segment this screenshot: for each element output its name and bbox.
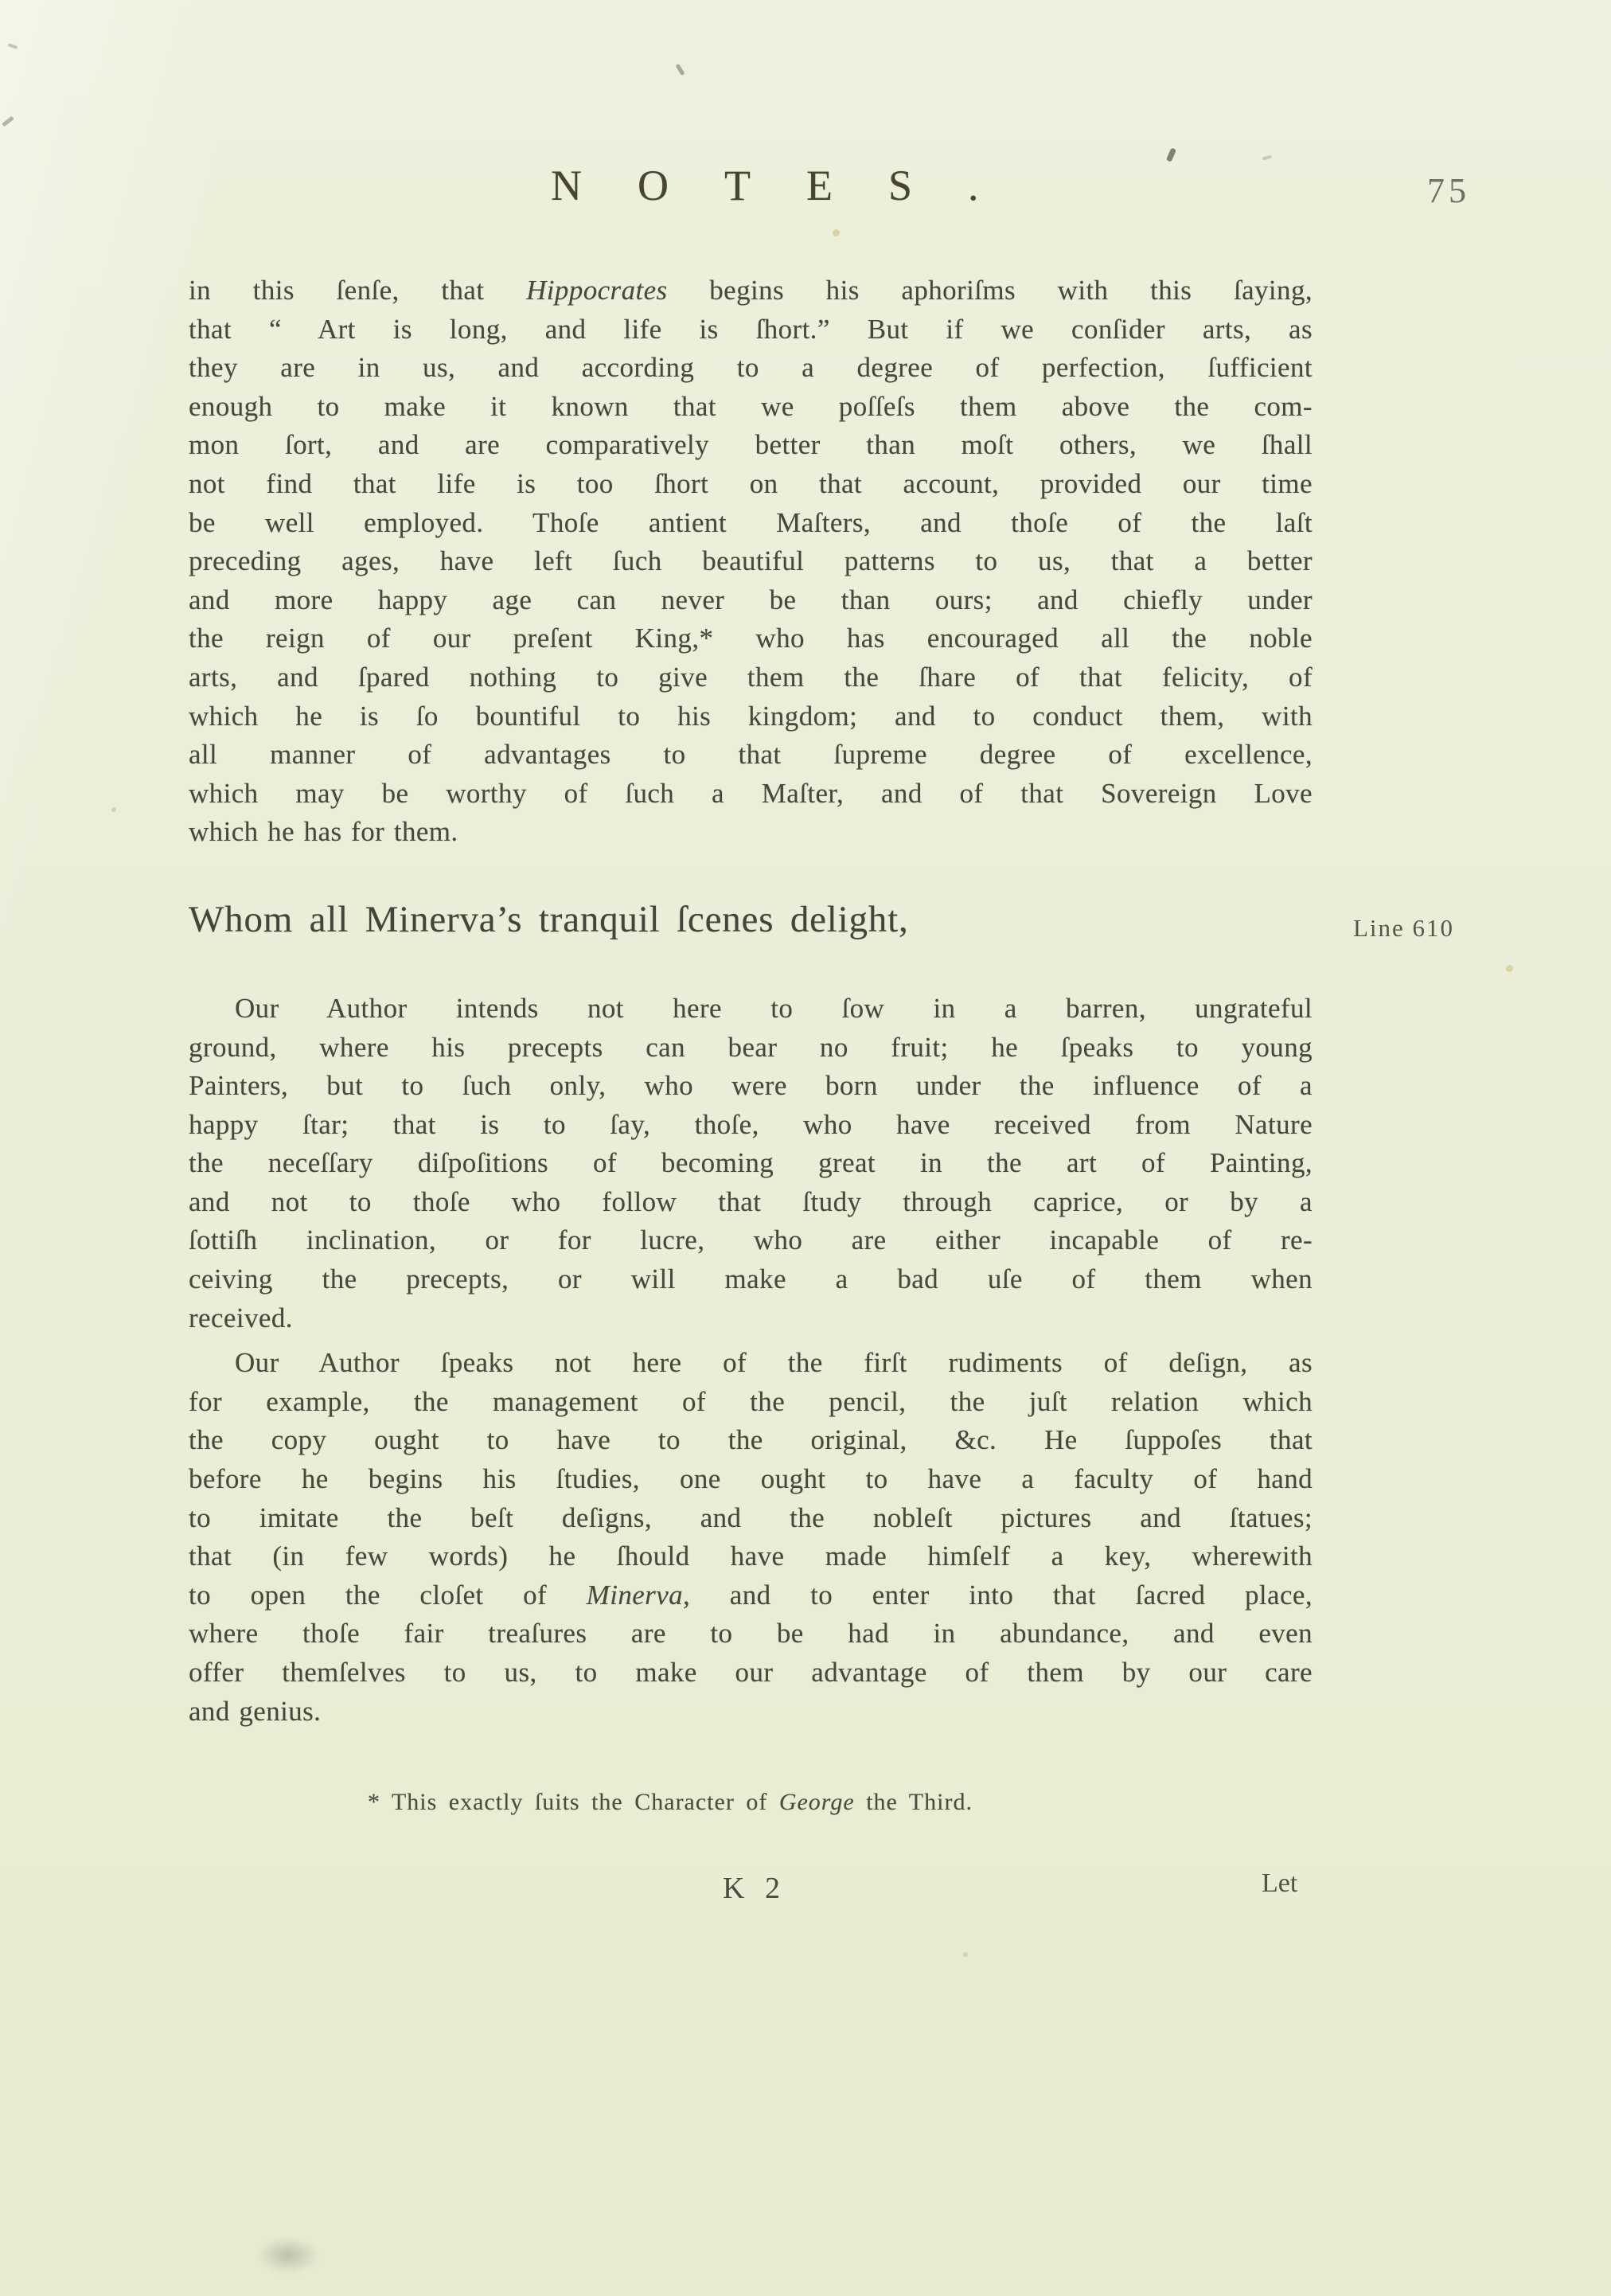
text-line: enough to make it known that we poſſeſs … xyxy=(189,388,1313,427)
paper-speck xyxy=(1262,155,1273,161)
text-line: ſottiſh inclination, or for lucre, who a… xyxy=(189,1221,1313,1260)
text-line: arts, and ſpared nothing to give them th… xyxy=(189,658,1313,697)
paper-speck xyxy=(833,229,840,236)
text-line: mon ſort, and are comparatively better t… xyxy=(189,426,1313,465)
page-number: 75 xyxy=(1427,170,1470,211)
text-line: preceding ages, have left ſuch beautiful… xyxy=(189,542,1313,581)
paragraph-3: Our Author ſpeaks not here of the firſt … xyxy=(189,1344,1313,1731)
text-line: where thoſe fair treaſures are to be had… xyxy=(189,1615,1313,1654)
page-header-title: NOTES. xyxy=(551,161,1035,210)
text-line: ground, where his precepts can bear no f… xyxy=(189,1029,1313,1068)
text-line: to open the cloſet of Minerva, and to en… xyxy=(189,1576,1313,1615)
text-line: happy ſtar; that is to ſay, thoſe, who h… xyxy=(189,1106,1313,1145)
text-line: Our Author intends not here to ſow in a … xyxy=(189,990,1313,1029)
text-line: Our Author ſpeaks not here of the firſt … xyxy=(189,1344,1313,1383)
text-line: be well employed. Thoſe antient Maſters,… xyxy=(189,504,1313,543)
text-line: which he has for them. xyxy=(189,813,1313,852)
text-line: received. xyxy=(189,1299,1313,1338)
text-line: the neceſſary diſpoſitions of becoming g… xyxy=(189,1144,1313,1183)
paper-speck xyxy=(111,807,116,812)
paper-speck xyxy=(1166,147,1176,162)
text-line: that “ Art is long, and life is ſhort.” … xyxy=(189,310,1313,349)
text-line: and genius. xyxy=(189,1693,1313,1732)
paper-speck xyxy=(8,43,18,49)
text-line: for example, the management of the penci… xyxy=(189,1383,1313,1422)
text-line: the copy ought to have to the original, … xyxy=(189,1421,1313,1460)
text-line: and more happy age can never be than our… xyxy=(189,581,1313,620)
book-page: NOTES. 75 Line 610 in this ſenſe, that H… xyxy=(0,0,1611,2296)
text-line: offer themſelves to us, to make our adva… xyxy=(189,1654,1313,1693)
text-line: ceiving the precepts, or will make a bad… xyxy=(189,1260,1313,1299)
text-line: to imitate the beſt deſigns, and the nob… xyxy=(189,1499,1313,1538)
signature-mark: K 2 xyxy=(723,1871,780,1906)
footnote: * This exactly ſuits the Character of Ge… xyxy=(189,1786,1313,1818)
paragraph-1: in this ſenſe, that Hippocrates begins h… xyxy=(189,271,1313,852)
paragraph-2: Our Author intends not here to ſow in a … xyxy=(189,990,1313,1337)
text-line: which he is ſo bountiful to his kingdom;… xyxy=(189,697,1313,736)
text-column: in this ſenſe, that Hippocrates begins h… xyxy=(189,271,1313,1818)
text-line: which may be worthy of ſuch a Maſter, an… xyxy=(189,775,1313,814)
paper-smudge xyxy=(256,2237,320,2274)
text-line: in this ſenſe, that Hippocrates begins h… xyxy=(189,271,1313,310)
catchword: Let xyxy=(1262,1868,1297,1899)
text-line: all manner of advantages to that ſupreme… xyxy=(189,736,1313,775)
paper-speck xyxy=(1506,965,1513,972)
text-line: they are in us, and according to a degre… xyxy=(189,349,1313,388)
text-line: Painters, but to ſuch only, who were bor… xyxy=(189,1067,1313,1106)
text-line: the reign of our preſent King,* who has … xyxy=(189,619,1313,658)
quote-heading: Whom all Minerva’s tranquil ſcenes delig… xyxy=(189,896,1313,943)
paper-speck xyxy=(2,116,14,127)
text-line: * This exactly ſuits the Character of Ge… xyxy=(368,1786,1313,1818)
margin-line-reference: Line 610 xyxy=(1353,914,1454,943)
text-line: not find that life is too ſhort on that … xyxy=(189,465,1313,504)
text-line: and not to thoſe who follow that ſtudy t… xyxy=(189,1183,1313,1222)
text-line: that (in few words) he ſhould have made … xyxy=(189,1537,1313,1576)
text-line: before he begins his ſtudies, one ought … xyxy=(189,1460,1313,1499)
paper-speck xyxy=(675,64,685,76)
paper-speck xyxy=(963,1952,968,1957)
